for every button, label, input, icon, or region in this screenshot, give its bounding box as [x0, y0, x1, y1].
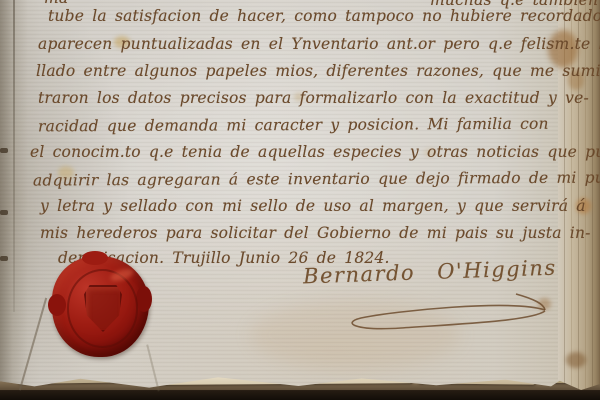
- red-wax-seal: [52, 256, 149, 357]
- handwritten-line: traron los datos precisos para formaliza…: [38, 91, 589, 107]
- handwritten-line: mis herederos para solicitar del Gobiern…: [40, 226, 591, 242]
- manuscript-photo: ma muchas q.e tambien tube la satisfacio…: [0, 0, 600, 400]
- handwritten-line: el conocim.to q.e tenia de aquellas espe…: [30, 145, 600, 161]
- wax-blob: [136, 286, 152, 312]
- handwritten-line: llado entre algunos papeles mios, difere…: [36, 64, 600, 80]
- top-line-fragment: ma: [44, 0, 68, 7]
- wax-blob: [48, 294, 66, 316]
- handwritten-line: adquirir las agregaran á este inventario…: [33, 170, 600, 189]
- handwritten-line: tube la satisfacion de hacer, como tampo…: [48, 9, 600, 25]
- handwritten-line: y letra y sellado con mi sello de uso al…: [40, 199, 586, 215]
- handwritten-line: racidad que demanda mi caracter y posici…: [38, 117, 549, 135]
- signature-flourish: [338, 293, 553, 341]
- handwritten-line: aparecen puntualizadas en el Ynventario …: [38, 37, 600, 53]
- wax-blob: [82, 251, 108, 265]
